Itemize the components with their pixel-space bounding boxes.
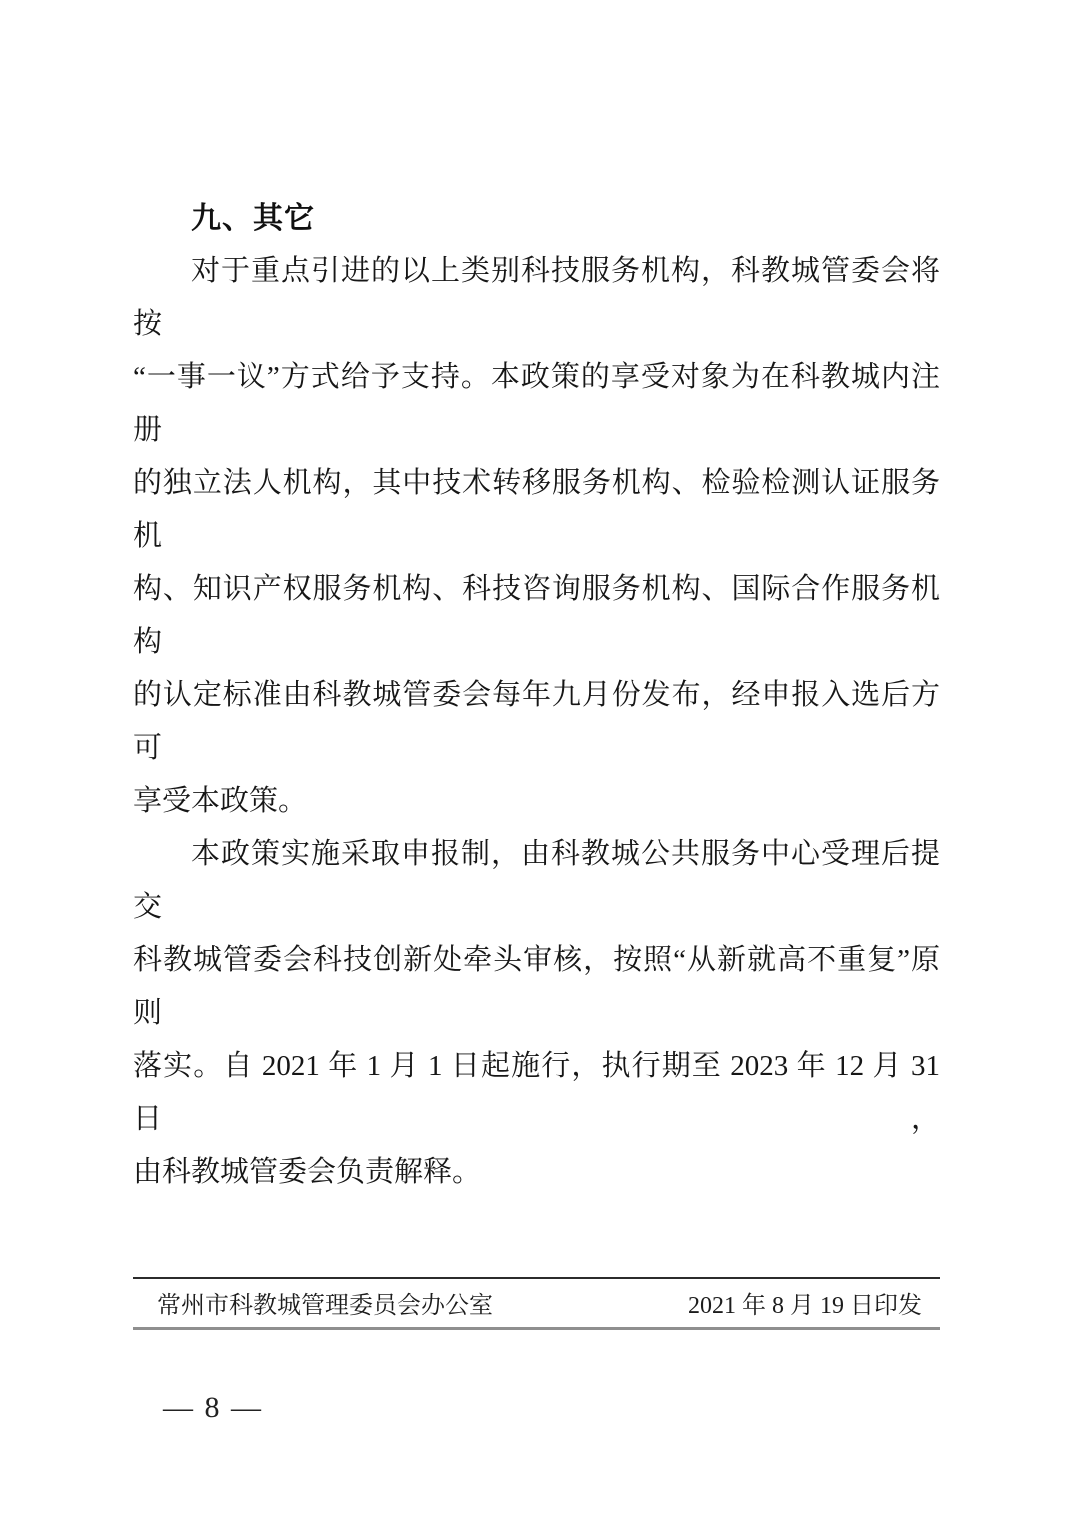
footer-issuer: 常州市科教城管理委员会办公室 [157, 1290, 493, 1322]
text-line: 本政策实施采取申报制，由科教城公共服务中心受理后提交 [133, 828, 940, 934]
text-line: 构、知识产权服务机构、科技咨询服务机构、国际合作服务机构 [133, 563, 940, 669]
text-line: “一事一议”方式给予支持。本政策的享受对象为在科教城内注册 [133, 351, 940, 457]
footer-print-date: 2021 年 8 月 19 日印发 [688, 1290, 922, 1322]
section-heading: 九、其它 [191, 192, 940, 245]
paragraph-1: 对于重点引进的以上类别科技服务机构，科教城管委会将按 “一事一议”方式给予支持。… [133, 245, 940, 828]
page-number: — 8 — [163, 1390, 263, 1426]
footer-row: 常州市科教城管理委员会办公室 2021 年 8 月 19 日印发 [133, 1290, 940, 1322]
text-line: 科教城管委会科技创新处牵头审核，按照“从新就高不重复”原则 [133, 934, 940, 1040]
text-line: 落实。自 2021 年 1 月 1 日起施行，执行期至 2023 年 12 月 … [133, 1040, 940, 1146]
text-line: 享受本政策。 [133, 775, 940, 828]
document-body: 九、其它 对于重点引进的以上类别科技服务机构，科教城管委会将按 “一事一议”方式… [133, 192, 940, 1199]
text-line: 由科教城管委会负责解释。 [133, 1146, 940, 1199]
paragraph-2: 本政策实施采取申报制，由科教城公共服务中心受理后提交 科教城管委会科技创新处牵头… [133, 828, 940, 1199]
text-line: 对于重点引进的以上类别科技服务机构，科教城管委会将按 [133, 245, 940, 351]
footer-top-rule [133, 1277, 940, 1279]
footer-bottom-rule [133, 1327, 940, 1330]
text-line: 的认定标准由科教城管委会每年九月份发布，经申报入选后方可 [133, 669, 940, 775]
text-line: 的独立法人机构，其中技术转移服务机构、检验检测认证服务机 [133, 457, 940, 563]
document-page: 九、其它 对于重点引进的以上类别科技服务机构，科教城管委会将按 “一事一议”方式… [0, 0, 1080, 1527]
